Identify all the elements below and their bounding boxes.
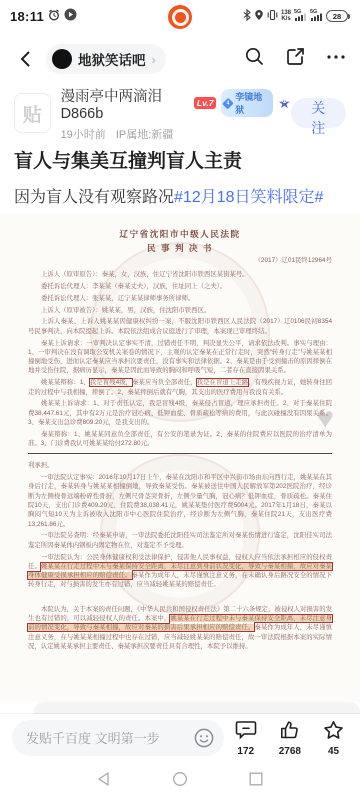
bluetooth-icon bbox=[243, 9, 251, 24]
net-speed: 138 K/s bbox=[281, 10, 291, 22]
post-body: 因为盲人没有观察路况#12月18日笑料限定# bbox=[14, 184, 346, 207]
nav-bar: 地狱笑话吧 › bbox=[0, 36, 360, 82]
status-time: 18:11 bbox=[10, 9, 44, 24]
author-name[interactable]: 漫雨亭中两滴泪D866b bbox=[61, 85, 189, 122]
home-circle-icon[interactable] bbox=[172, 771, 188, 792]
back-triangle-icon[interactable] bbox=[96, 771, 112, 792]
screen-record-icon bbox=[64, 8, 77, 24]
post-ip-location: IP属地:新疆 bbox=[116, 126, 173, 142]
comment-button[interactable]: 172 bbox=[235, 720, 257, 757]
status-bar: 18:11 138 K/s 5G bbox=[0, 0, 360, 32]
signal-icon: 5G bbox=[294, 10, 307, 22]
vibrate-icon bbox=[267, 9, 278, 24]
share-icon[interactable] bbox=[285, 46, 306, 72]
battery-icon: 28 bbox=[326, 10, 350, 22]
star-badge-icon: ★1 bbox=[278, 96, 290, 110]
favorite-button[interactable]: 45 bbox=[323, 720, 344, 757]
star-icon bbox=[323, 720, 344, 745]
search-icon[interactable] bbox=[244, 46, 265, 72]
post-body-text: 因为盲人没有观察路况 bbox=[14, 189, 174, 206]
doc-paragraph: 一审法院另查明：经秦某申请，一审法院委托沈阳佳实司法鉴定所对秦某伤情进行鉴定，沈… bbox=[28, 531, 332, 550]
fan-badge[interactable]: 4 孪镜地狱 bbox=[221, 89, 273, 117]
hashtag-link[interactable]: #12月18日笑料限定# bbox=[174, 189, 323, 206]
favorite-count: 45 bbox=[328, 746, 339, 757]
doc-paragraph: 委托诉讼代理人：李某某（秦某丈夫），汉族，住址同上（之夫）。 bbox=[28, 282, 332, 291]
gem-icon: 4 bbox=[223, 97, 234, 108]
post-title: 盲人与集美互撞判盲人主责 bbox=[14, 146, 346, 173]
doc-paragraph: 上诉人秦某、上诉人姚某某因健康权纠纷一案，不服沈阳市铁西区人民法院（2017）辽… bbox=[28, 317, 332, 336]
doc-paragraph: 委托诉讼代理人：张某某，辽宁某某律师事务所律师。 bbox=[28, 294, 332, 303]
recents-square-icon[interactable] bbox=[248, 771, 264, 792]
doc-paragraph: 上诉人（原审原告）：秦某，女，汉族，住辽宁省沈阳市铁西区某街某号。 bbox=[28, 270, 332, 279]
follow-button[interactable]: 关注 bbox=[291, 98, 346, 128]
phone-screen: 18:11 138 K/s 5G bbox=[0, 0, 360, 800]
comment-icon bbox=[235, 720, 257, 745]
author-row: 贴 漫雨亭中两滴泪D866b Lv.7 4 孪镜地狱 ★1 19小时前 IP属地… bbox=[0, 86, 360, 140]
doc-paragraph: 姚某某辩称：1、我是盲残4级，秦某应当负全部责任，我是在盲道上走路，有残疾视力证… bbox=[28, 378, 332, 397]
gesture-nav-bar bbox=[0, 762, 360, 800]
doc-paragraph: 本院认为，关于本案的责任问题，《中华人民共和国侵权责任法》第二十六条规定，被侵权… bbox=[28, 605, 332, 651]
more-icon[interactable] bbox=[326, 47, 346, 72]
like-count: 2768 bbox=[279, 746, 301, 757]
doc-paragraph: 秦某上诉请求：一审判决认定事实不清，过错责任不明，判决显失公平，请求依法改判。事… bbox=[28, 339, 332, 376]
thumbs-up-icon bbox=[279, 720, 300, 745]
signal-icon-2: 5G bbox=[310, 10, 323, 22]
doc-paragraph: 姚某某上诉请求：1、对于责任认定，我是盲残4级，秦某侵占盲道，理应承担责任。2、… bbox=[28, 399, 332, 427]
alarm-icon bbox=[48, 9, 60, 24]
forum-name: 地狱笑话吧 bbox=[78, 49, 146, 69]
level-badge: Lv.7 bbox=[194, 97, 217, 109]
doc-paragraph: 一审法院认为：公民身体健康权利受法律保护，侵害他人民事权益，侵权人应当依法承担相… bbox=[28, 553, 332, 590]
doc-paragraph: （2017）辽01民终12964号 bbox=[28, 256, 332, 265]
post-time: 19小时前 bbox=[61, 126, 106, 142]
court-document-body: 辽宁省沈阳市中级人民法院民 事 判 决 书（2017）辽01民终12964号上诉… bbox=[0, 214, 360, 702]
bottom-bar: 172 2768 45 bbox=[0, 714, 360, 762]
doc-paragraph: 一审法院认定事实：2016年10月17日上午，秦某在沈阳市和平区中兴街市场由东向… bbox=[28, 473, 332, 529]
doc-paragraph: 利承担。 bbox=[28, 461, 332, 470]
camera-cutout-logo bbox=[168, 5, 192, 29]
forum-pill[interactable]: 地狱笑话吧 › bbox=[46, 44, 166, 74]
doc-paragraph: 上诉人（原审被告）：姚某某，男，汉族，住沈阳市铁西区。 bbox=[28, 306, 332, 315]
comment-sheet-edge bbox=[34, 702, 360, 714]
doc-paragraph: 民 事 判 决 书 bbox=[28, 242, 332, 255]
emoji-icon[interactable] bbox=[193, 727, 215, 749]
chevron-right-icon: › bbox=[152, 52, 156, 67]
location-icon bbox=[254, 9, 264, 24]
back-button[interactable] bbox=[14, 47, 38, 71]
post-image-court-document[interactable]: ♥ 辽宁省沈阳市中级人民法院民 事 判 决 书（2017）辽01民终12964号… bbox=[0, 214, 360, 702]
avatar[interactable]: 贴 bbox=[14, 93, 51, 133]
like-button[interactable]: 2768 bbox=[279, 720, 301, 757]
comment-count: 172 bbox=[237, 746, 254, 757]
doc-paragraph: 秦某辩称：1、姚某某同意负全部责任，有公安的笔录为证。2、秦某的住院费应以医院的… bbox=[28, 430, 332, 455]
forum-avatar bbox=[52, 49, 72, 69]
doc-paragraph: 辽宁省沈阳市中级人民法院 bbox=[28, 228, 332, 241]
